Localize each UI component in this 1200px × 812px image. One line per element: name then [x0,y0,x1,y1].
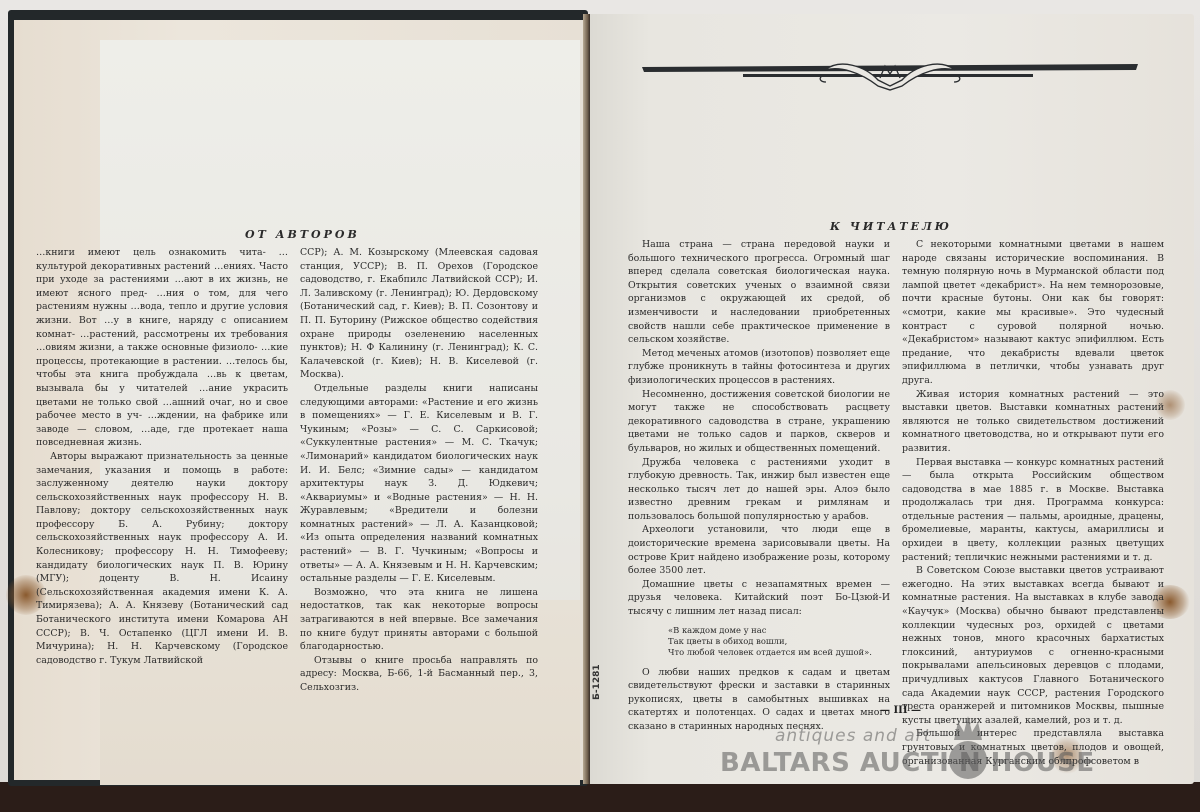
paragraph: Археологи установили, что люди еще в дои… [628,523,890,577]
paragraph: Отзывы о книге просьба направлять по адр… [300,654,538,695]
book-edge [0,782,1200,812]
paragraph: …книги имеют цель ознакомить чита- …куль… [36,246,288,450]
poem-quote: «В каждом доме у нас Так цветы в обиход … [668,625,890,658]
spine-code: Б-1281 [592,664,602,700]
right-page-heading: К ЧИТАТЕЛЮ [830,220,952,233]
paragraph: Живая история комнатных растений — это в… [902,388,1164,456]
paragraph: Домашние цветы с незапамятных времен — д… [628,578,890,619]
paragraph: Возможно, что эта книга не лишена недост… [300,586,538,654]
paragraph: О любви наших предков к садам и цветам с… [628,666,890,734]
paragraph: Отдельные разделы книги написаны следующ… [300,382,538,586]
paragraph: Авторы выражают признательность за ценны… [36,450,288,668]
page-number: — III — [880,705,921,716]
paragraph: В Советском Союзе выставки цветов устраи… [902,564,1164,727]
right-column-2: С некоторыми комнатными цветами в нашем … [902,238,1164,768]
left-column-2: ССР); А. М. Козырскому (Млеевская садова… [300,246,538,695]
decorative-ornament-icon [640,58,1140,94]
left-column-1: …книги имеют цель ознакомить чита- …куль… [36,246,288,667]
paragraph: Наша страна — страна передовой науки и б… [628,238,890,347]
paragraph: Большой интерес представляла выставка гр… [902,727,1164,768]
paragraph: Метод меченых атомов (изотопов) позволяе… [628,347,890,388]
paragraph: ССР); А. М. Козырскому (Млеевская садова… [300,246,538,382]
right-column-1: Наша страна — страна передовой науки и б… [628,238,890,734]
paragraph: Первая выставка — конкурс комнатных раст… [902,456,1164,565]
left-page-heading: ОТ АВТОРОВ [245,228,360,241]
paragraph: С некоторыми комнатными цветами в нашем … [902,238,1164,388]
paragraph: Несомненно, достижения советской биологи… [628,388,890,456]
paragraph: Дружба человека с растениями уходит в гл… [628,456,890,524]
